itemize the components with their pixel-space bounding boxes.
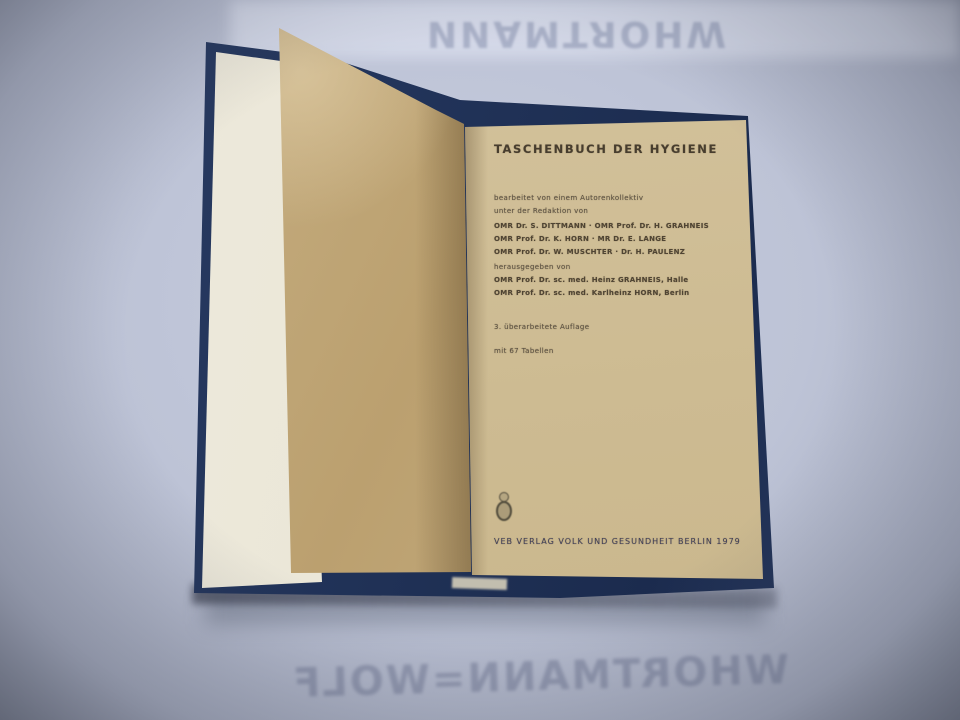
editor-line: OMR Dr. S. DITTMANN · OMR Prof. Dr. H. G…	[494, 222, 709, 230]
byline-2: unter der Redaktion von	[494, 207, 588, 215]
title-page-text: TASCHENBUCH DER HYGIENE bearbeitet von e…	[465, 118, 763, 579]
publisher-imprint: VEB VERLAG VOLK UND GESUNDHEIT BERLIN 19…	[494, 537, 741, 546]
publisher-logo-icon	[496, 492, 510, 524]
watermark-top: WHORTMANN	[360, 6, 790, 60]
byline-1: bearbeitet von einem Autorenkollektiv	[494, 194, 643, 202]
editor-line: OMR Prof. Dr. W. MUSCHTER · Dr. H. PAULE…	[494, 248, 685, 256]
tables-note: mit 67 Tabellen	[494, 347, 554, 355]
edition-note: 3. überarbeitete Auflage	[494, 323, 589, 331]
herausgeber-label: herausgegeben von	[494, 263, 571, 271]
book-photo: WHORTMANN WHORTMANN=WOLF TASCHENBUCH DER…	[0, 0, 960, 720]
herausgeber-line: OMR Prof. Dr. sc. med. Heinz GRAHNEIS, H…	[494, 276, 688, 284]
herausgeber-line: OMR Prof. Dr. sc. med. Karlheinz HORN, B…	[494, 289, 689, 297]
book-title: TASCHENBUCH DER HYGIENE	[494, 142, 718, 156]
editor-line: OMR Prof. Dr. K. HORN · MR Dr. E. LANGE	[494, 235, 666, 243]
watermark-bottom: WHORTMANN=WOLF	[284, 639, 796, 715]
